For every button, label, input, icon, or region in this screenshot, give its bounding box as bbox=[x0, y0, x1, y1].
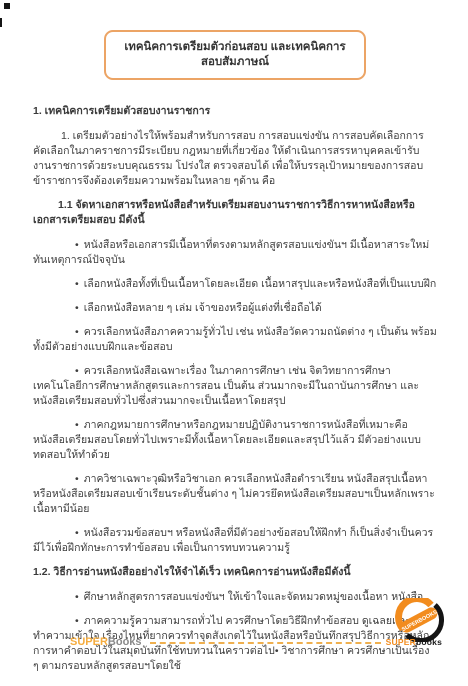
footer-dashed-line bbox=[150, 642, 381, 644]
list-item: •เลือกหนังสือหลาย ๆ เล่ม เจ้าของหรือผู้แ… bbox=[33, 301, 437, 316]
list-item-text: หนังสือหรือเอกสารมีเนื้อหาที่ตรงตามหลักส… bbox=[33, 239, 429, 266]
list-item-text: เลือกหนังสือหลาย ๆ เล่ม เจ้าของหรือผู้แต… bbox=[84, 302, 322, 314]
page-footer: SUPERBOOKS SUPERBooks SUPERbooks bbox=[0, 598, 468, 660]
list-item-text: ควรเลือกหนังสือภาคความรู้ทั่วไป เช่น หนั… bbox=[33, 326, 437, 353]
bullet-icon: • bbox=[75, 278, 79, 290]
bullet-icon: • bbox=[75, 326, 79, 338]
list-item: •เลือกหนังสือทั้งที่เป็นเนื้อหาโดยละเอีย… bbox=[33, 277, 437, 292]
list-item: •หนังสือรวมข้อสอบฯ หรือหนังสือที่มีตัวอย… bbox=[33, 526, 437, 556]
list-item-text: ภาคกฎหมายการศึกษาหรือกฎหมายปฏิบัติงานราช… bbox=[33, 419, 421, 461]
list-item-text: เลือกหนังสือทั้งที่เป็นเนื้อหาโดยละเอียด… bbox=[84, 278, 437, 290]
footer-brand-books: Books bbox=[108, 636, 142, 648]
list-item: •ควรเลือกหนังสือเฉพาะเรื่อง ในภาคการศึกษ… bbox=[33, 364, 437, 409]
bullet-icon: • bbox=[75, 239, 79, 251]
section-1-heading: 1. เทคนิคการเตรียมตัวสอบงานราชการ bbox=[33, 104, 437, 119]
list-item-text: ควรเลือกหนังสือเฉพาะเรื่อง ในภาคการศึกษา… bbox=[33, 365, 419, 407]
list-item-text: หนังสือรวมข้อสอบฯ หรือหนังสือที่มีตัวอย่… bbox=[33, 527, 433, 554]
bullet-icon: • bbox=[75, 527, 79, 539]
list-item: •ควรเลือกหนังสือภาคความรู้ทั่วไป เช่น หน… bbox=[33, 325, 437, 355]
logo-wordmark: SUPERbooks bbox=[386, 635, 442, 650]
scan-artifact-square bbox=[4, 3, 10, 9]
footer-brand-super: SUPER bbox=[70, 636, 108, 648]
section-1-2-heading: 1.2. วิธีการอ่านหนังสืออย่างไรให้จำได้เร… bbox=[33, 565, 437, 580]
bullet-icon: • bbox=[75, 365, 79, 377]
footer-brand: SUPERBooks bbox=[70, 635, 142, 650]
logo-wordmark-books: books bbox=[416, 637, 442, 647]
list-item: •ภาควิชาเฉพาะวุฒิหรือวิชาเอก ควรเลือกหนั… bbox=[33, 472, 437, 517]
list-item: •หนังสือหรือเอกสารมีเนื้อหาที่ตรงตามหลัก… bbox=[33, 238, 437, 268]
section-1-intro-paragraph: 1. เตรียมตัวอย่างไรให้พร้อมสำหรับการสอบ … bbox=[33, 129, 437, 189]
bullet-icon: • bbox=[75, 473, 79, 485]
bullet-icon: • bbox=[75, 419, 79, 431]
bullet-icon: • bbox=[75, 302, 79, 314]
document-page: เทคนิคการเตรียมตัวก่อนสอบ และเทคนิคการสอ… bbox=[0, 0, 468, 674]
logo-wordmark-super: SUPER bbox=[386, 637, 416, 647]
list-item-text: ภาควิชาเฉพาะวุฒิหรือวิชาเอก ควรเลือกหนัง… bbox=[33, 473, 435, 515]
page-title: เทคนิคการเตรียมตัวก่อนสอบ และเทคนิคการสอ… bbox=[104, 30, 366, 80]
scan-artifact-tick bbox=[0, 18, 2, 27]
footer-rule-row: SUPERBooks SUPERbooks bbox=[70, 635, 442, 650]
list-item: •ภาคกฎหมายการศึกษาหรือกฎหมายปฏิบัติงานรา… bbox=[33, 418, 437, 463]
section-1-1-heading: 1.1 จัดหาเอกสารหรือหนังสือสำหรับเตรียมสอ… bbox=[33, 198, 437, 228]
